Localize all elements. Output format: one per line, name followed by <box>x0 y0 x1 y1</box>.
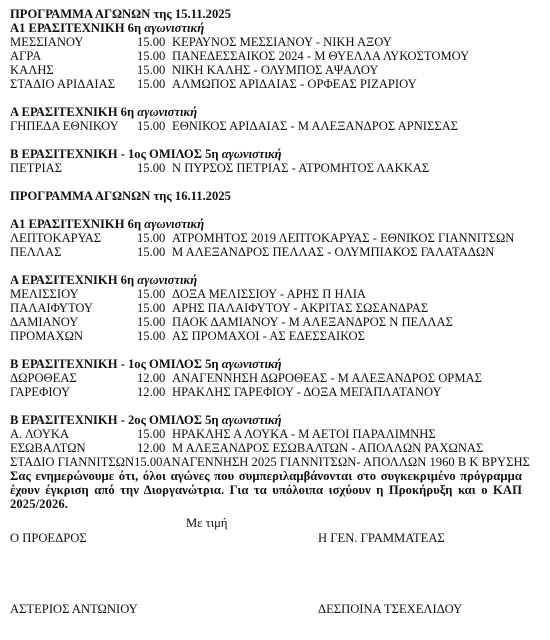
match-row: ΚΑΛΗΣ15.00ΝΙΚΗ ΚΑΛΗΣ - ΟΛΥΜΠΟΣ ΑΨΑΛΟΥ <box>10 63 520 77</box>
match-teams: ΔΟΞΑ ΜΕΛΙΣΣΙΟΥ - ΑΡΗΣ Π ΗΛΙΑ <box>172 287 520 301</box>
match-teams: ΝΙΚΗ ΚΑΛΗΣ - ΟΛΥΜΠΟΣ ΑΨΑΛΟΥ <box>172 63 520 77</box>
league-heading: Β ΕΡΑΣΙΤΕΧΝΙΚΗ - 1ος ΟΜΙΛΟΣ 5η αγωνιστικ… <box>10 147 520 161</box>
match-venue: ΓΗΠΕΔΑ ΕΘΝΙΚΟΥ <box>10 119 137 133</box>
league-name: Β ΕΡΑΣΙΤΕΧΝΙΚΗ - 2ος ΟΜΙΛΟΣ 5η <box>10 413 219 427</box>
secretary-name: ΔΕΣΠΟΙΝΑ ΤΣΕΧΕΛΙΔΟΥ <box>318 602 462 616</box>
match-time: 15.00 <box>137 231 172 245</box>
secretary-title: Η ΓΕΝ. ΓΡΑΜΜΑΤΕΑΣ <box>318 531 445 545</box>
president-title: Ο ΠΡΟΕΔΡΟΣ <box>10 531 87 545</box>
league-round-label: αγωνιστική <box>144 217 204 231</box>
league-round-label: αγωνιστική <box>137 105 197 119</box>
match-teams: ΠΑΟΚ ΔΑΜΙΑΝΟΥ - Μ ΑΛΕΞΑΝΔΡΟΣ Ν ΠΕΛΛΑΣ <box>172 315 520 329</box>
league-round: 6η αγωνιστική <box>128 217 204 231</box>
match-venue: ΠΕΛΛΑΣ <box>10 245 137 259</box>
match-time: 15.00 <box>137 77 172 91</box>
league-heading: Α ΕΡΑΣΙΤΕΧΝΙΚΗ 6η αγωνιστική <box>10 273 520 287</box>
match-teams: Ν ΠΥΡΣΟΣ ΠΕΤΡΙΑΣ - ΑΤΡΟΜΗΤΟΣ ΛΑΚΚΑΣ <box>172 161 520 175</box>
league-heading: Β ΕΡΑΣΙΤΕΧΝΙΚΗ - 1ος ΟΜΙΛΟΣ 5η αγωνιστικ… <box>10 357 520 371</box>
match-time: 15.00 <box>137 49 172 63</box>
match-venue: ΜΕΣΣΙΑΝΟΥ <box>10 35 137 49</box>
match-teams: ΗΡΑΚΛΗΣ ΓΑΡΕΦΙΟΥ - ΔΟΞΑ ΜΕΓΑΠΛΑΤΑΝΟΥ <box>172 385 520 399</box>
league-heading: Α1 ΕΡΑΣΙΤΕΧΝΙΚΗ 6η αγωνιστική <box>10 21 520 35</box>
league-name: Α1 ΕΡΑΣΙΤΕΧΝΙΚΗ <box>10 21 125 35</box>
day-title: ΠΡΟΓΡΑΜΜΑ ΑΓΩΝΩΝ της 16.11.2025 <box>10 189 520 203</box>
match-venue: ΠΡΟΜΑΧΩΝ <box>10 329 137 343</box>
match-row: ΔΑΜΙΑΝΟΥ15.00ΠΑΟΚ ΔΑΜΙΑΝΟΥ - Μ ΑΛΕΞΑΝΔΡΟ… <box>10 315 520 329</box>
match-teams: Μ ΑΛΕΞΑΝΔΡΟΣ ΕΣΩΒΑΛΤΩΝ - ΑΠΟΛΛΩΝ ΡΑΧΩΝΑΣ <box>172 441 520 455</box>
match-teams: ΑΛΜΩΠΟΣ ΑΡΙΔΑΙΑΣ - ΟΡΦΕΑΣ ΡΙΖΑΡΙΟΥ <box>172 77 520 91</box>
league-round: 6η αγωνιστική <box>121 273 197 287</box>
match-row: ΠΡΟΜΑΧΩΝ15.00ΑΣ ΠΡΟΜΑΧΟΙ - ΑΣ ΕΔΕΣΣΑΙΚΟΣ <box>10 329 520 343</box>
spacer <box>10 133 520 147</box>
match-time: 15.00 <box>134 455 162 469</box>
match-venue: ΣΤΑΔΙΟ ΓΙΑΝΝΙΤΣΩΝ <box>10 455 134 469</box>
match-venue: ΔΑΜΙΑΝΟΥ <box>10 315 137 329</box>
match-teams: ΑΡΗΣ ΠΑΛΑΙΦΥΤΟΥ - ΑΚΡΙΤΑΣ ΣΩΣΑΝΔΡΑΣ <box>172 301 520 315</box>
president-name: ΑΣΤΕΡΙΟΣ ΑΝΤΩΝΙΟΥ <box>10 602 138 616</box>
match-venue: ΠΕΤΡΙΑΣ <box>10 161 137 175</box>
match-time: 15.00 <box>137 63 172 77</box>
match-teams: ΑΤΡΟΜΗΤΟΣ 2019 ΛΕΠΤΟΚΑΡΥΑΣ - ΕΘΝΙΚΟΣ ΓΙΑ… <box>172 231 520 245</box>
league-round: αγωνιστική <box>222 413 282 427</box>
match-venue: ΣΤΑΔΙΟ ΑΡΙΔΑΙΑΣ <box>10 77 137 91</box>
match-row: Α. ΛΟΥΚΑ15.00ΗΡΑΚΛΗΣ Α ΛΟΥΚΑ - Μ ΑΕΤΟΙ Π… <box>10 427 520 441</box>
schedule-body: ΠΡΟΓΡΑΜΜΑ ΑΓΩΝΩΝ της 15.11.2025Α1 ΕΡΑΣΙΤ… <box>10 7 520 469</box>
match-row: ΣΤΑΔΙΟ ΑΡΙΔΑΙΑΣ15.00ΑΛΜΩΠΟΣ ΑΡΙΔΑΙΑΣ - Ο… <box>10 77 520 91</box>
match-venue: ΔΩΡΟΘΕΑΣ <box>10 371 137 385</box>
league-name: Α ΕΡΑΣΙΤΕΧΝΙΚΗ <box>10 105 118 119</box>
league-round-number: 6η <box>121 273 138 287</box>
match-teams: ΑΣ ΠΡΟΜΑΧΟΙ - ΑΣ ΕΔΕΣΣΑΙΚΟΣ <box>172 329 520 343</box>
league-name: Β ΕΡΑΣΙΤΕΧΝΙΚΗ - 1ος ΟΜΙΛΟΣ 5η <box>10 147 219 161</box>
league-round: αγωνιστική <box>222 357 282 371</box>
match-row: ΠΑΛΑΙΦΥΤΟΥ15.00ΑΡΗΣ ΠΑΛΑΙΦΥΤΟΥ - ΑΚΡΙΤΑΣ… <box>10 301 520 315</box>
match-row: ΜΕΛΙΣΣΙΟΥ15.00ΔΟΞΑ ΜΕΛΙΣΣΙΟΥ - ΑΡΗΣ Π ΗΛ… <box>10 287 520 301</box>
spacer <box>10 91 520 105</box>
match-teams: ΠΑΝΕΔΕΣΣΑΙΚΟΣ 2024 - Μ ΘΥΕΛΛΑ ΛΥΚΟΣΤΟΜΟΥ <box>172 49 520 63</box>
match-venue: ΜΕΛΙΣΣΙΟΥ <box>10 287 137 301</box>
match-time: 15.00 <box>137 119 172 133</box>
match-venue: ΕΣΩΒΑΛΤΩΝ <box>10 441 137 455</box>
spacer <box>10 259 520 273</box>
match-teams: Μ ΑΛΕΞΑΝΔΡΟΣ ΠΕΛΛΑΣ - ΟΛΥΜΠΙΑΚΟΣ ΓΑΛΑΤΑΔ… <box>172 245 520 259</box>
match-venue: ΑΓΡΑ <box>10 49 137 63</box>
match-row: ΑΓΡΑ15.00ΠΑΝΕΔΕΣΣΑΙΚΟΣ 2024 - Μ ΘΥΕΛΛΑ Λ… <box>10 49 520 63</box>
match-venue: ΠΑΛΑΙΦΥΤΟΥ <box>10 301 137 315</box>
approval-note: Σας ενημερώνουμε ότι, όλοι αγώνες που συ… <box>10 469 522 511</box>
match-row: ΓΗΠΕΔΑ ΕΘΝΙΚΟΥ15.00ΕΘΝΙΚΟΣ ΑΡΙΔΑΙΑΣ - Μ … <box>10 119 520 133</box>
league-round-label: αγωνιστική <box>144 21 204 35</box>
match-time: 15.00 <box>137 301 172 315</box>
match-time: 15.00 <box>137 287 172 301</box>
schedule-document: ΠΡΟΓΡΑΜΜΑ ΑΓΩΝΩΝ της 15.11.2025Α1 ΕΡΑΣΙΤ… <box>10 7 520 511</box>
match-time: 12.00 <box>137 371 172 385</box>
match-row: ΜΕΣΣΙΑΝΟΥ15.00ΚΕΡΑΥΝΟΣ ΜΕΣΣΙΑΝΟΥ - ΝΙΚΗ … <box>10 35 520 49</box>
match-teams: ΚΕΡΑΥΝΟΣ ΜΕΣΣΙΑΝΟΥ - ΝΙΚΗ ΑΞΟΥ <box>172 35 520 49</box>
match-time: 12.00 <box>137 441 172 455</box>
spacer <box>10 343 520 357</box>
league-name: Α ΕΡΑΣΙΤΕΧΝΙΚΗ <box>10 273 118 287</box>
league-round: αγωνιστική <box>222 147 282 161</box>
match-time: 15.00 <box>137 329 172 343</box>
league-heading: Β ΕΡΑΣΙΤΕΧΝΙΚΗ - 2ος ΟΜΙΛΟΣ 5η αγωνιστικ… <box>10 413 520 427</box>
match-row: ΔΩΡΟΘΕΑΣ12.00ΑΝΑΓΕΝΝΗΣΗ ΔΩΡΟΘΕΑΣ - Μ ΑΛΕ… <box>10 371 520 385</box>
match-teams: ΕΘΝΙΚΟΣ ΑΡΙΔΑΙΑΣ - Μ ΑΛΕΞΑΝΔΡΟΣ ΑΡΝΙΣΣΑΣ <box>172 119 520 133</box>
match-row: ΛΕΠΤΟΚΑΡΥΑΣ15.00ΑΤΡΟΜΗΤΟΣ 2019 ΛΕΠΤΟΚΑΡΥ… <box>10 231 520 245</box>
league-name: Β ΕΡΑΣΙΤΕΧΝΙΚΗ - 1ος ΟΜΙΛΟΣ 5η <box>10 357 219 371</box>
league-round: 6η αγωνιστική <box>121 105 197 119</box>
match-time: 12.00 <box>137 385 172 399</box>
league-round-label: αγωνιστική <box>137 273 197 287</box>
match-venue: Α. ΛΟΥΚΑ <box>10 427 137 441</box>
spacer <box>10 175 520 189</box>
league-name: Α1 ΕΡΑΣΙΤΕΧΝΙΚΗ <box>10 217 125 231</box>
day-title: ΠΡΟΓΡΑΜΜΑ ΑΓΩΝΩΝ της 15.11.2025 <box>10 7 520 21</box>
match-row: ΓΑΡΕΦΙΟΥ12.00ΗΡΑΚΛΗΣ ΓΑΡΕΦΙΟΥ - ΔΟΞΑ ΜΕΓ… <box>10 385 520 399</box>
match-time: 15.00 <box>137 315 172 329</box>
match-teams: ΑΝΑΓΕΝΝΗΣΗ ΔΩΡΟΘΕΑΣ - Μ ΑΛΕΞΑΝΔΡΟΣ ΟΡΜΑΣ <box>172 371 520 385</box>
match-venue: ΓΑΡΕΦΙΟΥ <box>10 385 137 399</box>
match-venue: ΛΕΠΤΟΚΑΡΥΑΣ <box>10 231 137 245</box>
match-time: 15.00 <box>137 161 172 175</box>
match-teams: ΗΡΑΚΛΗΣ Α ΛΟΥΚΑ - Μ ΑΕΤΟΙ ΠΑΡΑΛΙΜΝΗΣ <box>172 427 520 441</box>
regards-text: Με τιμή <box>186 516 227 530</box>
league-round-number: 6η <box>128 21 145 35</box>
match-teams: ΑΝΑΓΕΝΝΗΣΗ 2025 ΓΙΑΝΝΙΤΣΩΝ- ΑΠΟΛΛΩΝ 1960… <box>162 455 529 469</box>
spacer <box>10 399 520 413</box>
match-time: 15.00 <box>137 35 172 49</box>
match-row: ΠΕΛΛΑΣ15.00Μ ΑΛΕΞΑΝΔΡΟΣ ΠΕΛΛΑΣ - ΟΛΥΜΠΙΑ… <box>10 245 520 259</box>
match-time: 15.00 <box>137 427 172 441</box>
league-round: 6η αγωνιστική <box>128 21 204 35</box>
match-row: ΣΤΑΔΙΟ ΓΙΑΝΝΙΤΣΩΝ15.00ΑΝΑΓΕΝΝΗΣΗ 2025 ΓΙ… <box>10 455 520 469</box>
match-row: ΕΣΩΒΑΛΤΩΝ12.00Μ ΑΛΕΞΑΝΔΡΟΣ ΕΣΩΒΑΛΤΩΝ - Α… <box>10 441 520 455</box>
league-round-number: 6η <box>121 105 138 119</box>
match-venue: ΚΑΛΗΣ <box>10 63 137 77</box>
match-time: 15.00 <box>137 245 172 259</box>
league-heading: Α ΕΡΑΣΙΤΕΧΝΙΚΗ 6η αγωνιστική <box>10 105 520 119</box>
match-row: ΠΕΤΡΙΑΣ15.00Ν ΠΥΡΣΟΣ ΠΕΤΡΙΑΣ - ΑΤΡΟΜΗΤΟΣ… <box>10 161 520 175</box>
league-round-number: 6η <box>128 217 145 231</box>
league-heading: Α1 ΕΡΑΣΙΤΕΧΝΙΚΗ 6η αγωνιστική <box>10 217 520 231</box>
spacer <box>10 203 520 217</box>
